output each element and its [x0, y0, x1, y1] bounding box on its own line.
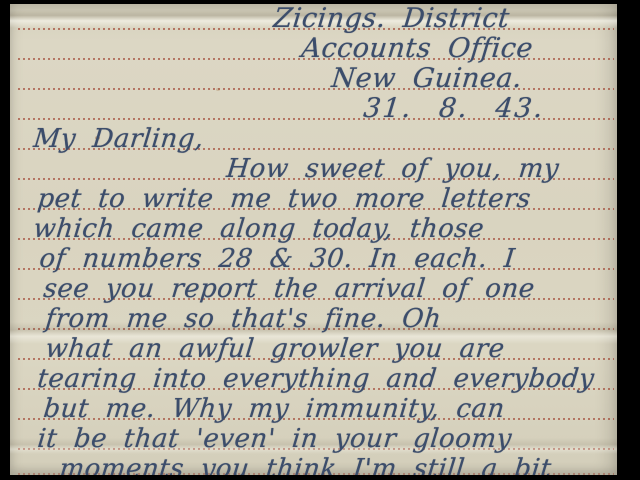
letter-line: which came along today, those	[32, 214, 486, 244]
letter-line: of numbers 28 & 30. In each. I	[38, 244, 517, 274]
letterhead-location-line: New Guinea.	[330, 64, 524, 94]
letter-line: moments you think I'm still a bit	[58, 454, 553, 475]
letter-line: see you report the arrival of one	[42, 274, 536, 304]
letterhead-office-line: Accounts Office	[300, 34, 535, 64]
letter-line: what an awful growler you are	[44, 334, 506, 364]
letter-line: but me. Why my immunity, can	[42, 394, 506, 424]
letter-date: 31. 8. 43.	[362, 94, 546, 124]
letter-line: pet to write me two more letters	[36, 184, 532, 214]
letter-line: it be that 'even' in your gloomy	[36, 424, 513, 454]
letter-paper: Zicings. District Accounts Office New Gu…	[10, 4, 617, 475]
salutation-line: My Darling,	[32, 124, 205, 154]
letter-line: from me so that's fine. Oh	[44, 304, 443, 334]
paper-speck	[216, 88, 220, 91]
letterhead-unit-line: Zicings. District	[272, 4, 511, 34]
letter-line: How sweet of you, my	[225, 154, 561, 184]
ruled-line	[18, 88, 614, 90]
letter-line: tearing into everything and everybody	[36, 364, 596, 394]
